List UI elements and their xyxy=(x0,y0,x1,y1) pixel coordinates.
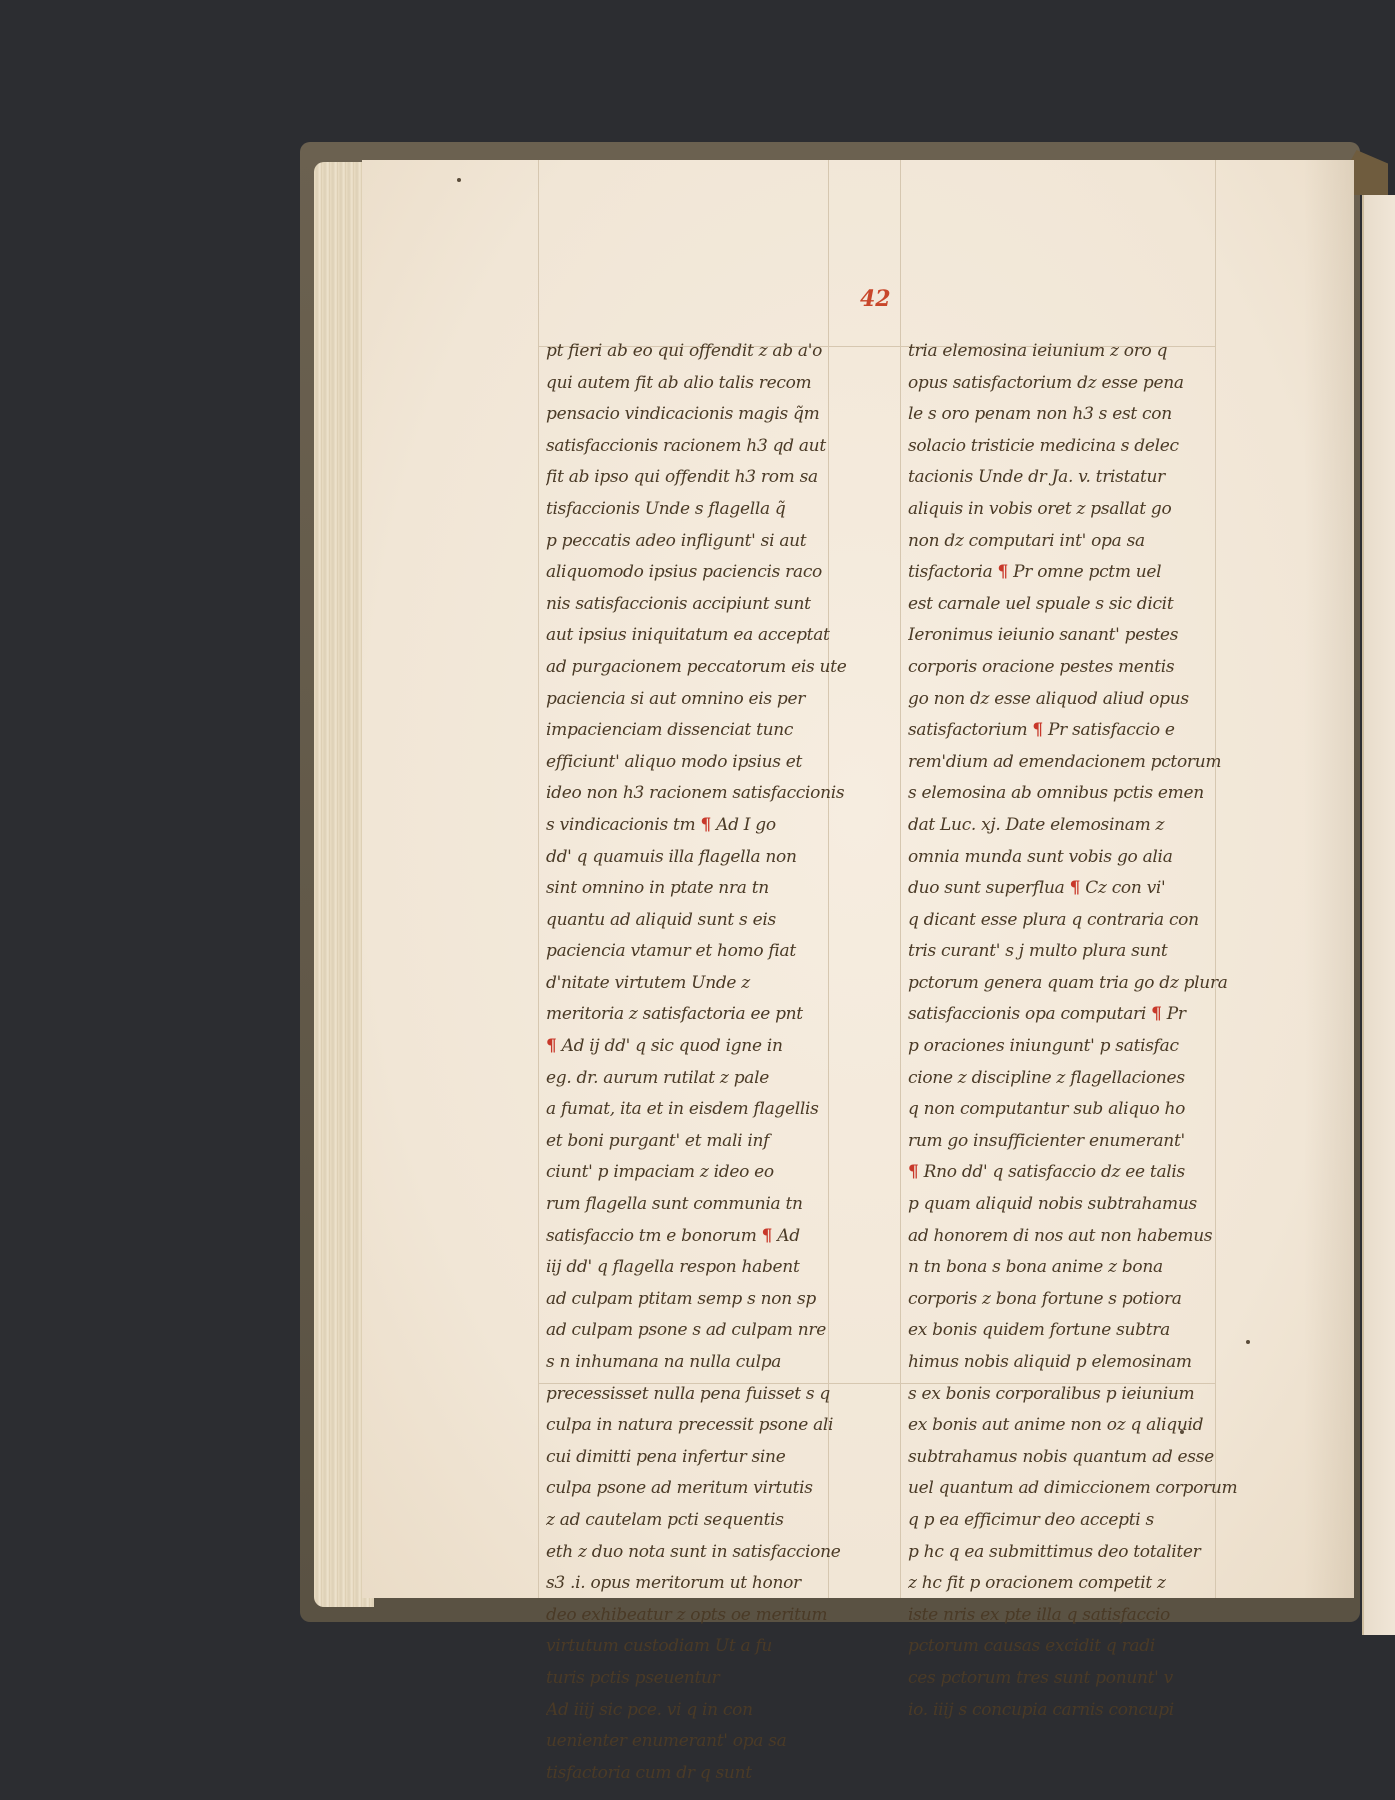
text-line: cui dimitti pena infertur sine xyxy=(546,1442,846,1474)
text-line: z ad cautelam pcti sequentis xyxy=(546,1505,846,1537)
text-line: ciunt' p impaciam z ideo eo xyxy=(546,1157,846,1189)
text-line: s vindicacionis tm ¶ Ad I go xyxy=(546,810,846,842)
text-line: meritoria z satisfactoria ee pnt xyxy=(546,999,846,1031)
text-line: Ieronimus ieiunio sanant' pestes xyxy=(908,620,1238,652)
text-line: rum flagella sunt communia tn xyxy=(546,1189,846,1221)
text-line: non dz computari int' opa sa xyxy=(908,526,1238,558)
text-line: aliquis in vobis oret z psallat go xyxy=(908,494,1238,526)
text-line: aliquomodo ipsius paciencis raco xyxy=(546,557,846,589)
text-line: precessisset nulla pena fuisset s q xyxy=(546,1379,846,1411)
text-line: ad culpam ptitam semp s non sp xyxy=(546,1284,846,1316)
gutter-shadow xyxy=(1304,160,1354,1598)
text-line: tria elemosina ieiunium z oro q xyxy=(908,336,1238,368)
text-line: eg. dr. aurum rutilat z pale xyxy=(546,1063,846,1095)
text-line: corporis oracione pestes mentis xyxy=(908,652,1238,684)
text-line: dd' q quamuis illa flagella non xyxy=(546,842,846,874)
text-column-right: tria elemosina ieiunium z oro qopus sati… xyxy=(908,336,1238,1726)
text-line: quantu ad aliquid sunt s eis xyxy=(546,905,846,937)
text-line: p hc q ea submittimus deo totaliter xyxy=(908,1537,1238,1569)
text-line: go non dz esse aliquod aliud opus xyxy=(908,684,1238,716)
text-line: rem'dium ad emendacionem pctorum xyxy=(908,747,1238,779)
pilcrow-rubric-icon: ¶ xyxy=(700,815,711,835)
text-line: iste nris ex pte illa q satisfaccio xyxy=(908,1600,1238,1632)
pilcrow-rubric-icon: ¶ xyxy=(998,562,1009,582)
text-line: pensacio vindicacionis magis q̃m xyxy=(546,399,846,431)
text-line: paciencia vtamur et homo fiat xyxy=(546,936,846,968)
text-line: sint omnino in ptate nra tn xyxy=(546,873,846,905)
text-line: rum go insufficienter enumerant' xyxy=(908,1126,1238,1158)
text-line: ad purgacionem peccatorum eis utens xyxy=(546,652,846,684)
text-line: Ad iiij sic pce. vi q in con xyxy=(546,1695,846,1727)
text-line: tisfaccionis Unde s flagella q̃ xyxy=(546,494,846,526)
text-line: p quam aliquid nobis subtrahamus xyxy=(908,1189,1238,1221)
text-line: omnia munda sunt vobis go alia xyxy=(908,842,1238,874)
text-line: solacio tristicie medicina s delec xyxy=(908,431,1238,463)
text-line: opus satisfactorium dz esse pena xyxy=(908,368,1238,400)
text-line: eth z duo nota sunt in satisfaccione xyxy=(546,1537,846,1569)
text-line: p peccatis adeo infligunt' si aut xyxy=(546,526,846,558)
text-line: duo sunt superflua ¶ Cz con vi' xyxy=(908,873,1238,905)
text-line: z hc fit p oracionem competit z xyxy=(908,1568,1238,1600)
text-line: q non computantur sub aliquo ho xyxy=(908,1094,1238,1126)
text-line: turis pctis pseuentur xyxy=(546,1663,846,1695)
pilcrow-rubric-icon: ¶ xyxy=(1032,720,1043,740)
text-line: efficiunt' aliquo modo ipsius et xyxy=(546,747,846,779)
text-line: le s oro penam non h3 s est con xyxy=(908,399,1238,431)
text-line: s ex bonis corporalibus p ieiunium xyxy=(908,1379,1238,1411)
ink-speck xyxy=(457,178,461,182)
text-line: ad honorem di nos aut non habemus xyxy=(908,1221,1238,1253)
text-line: satisfaccionis opa computari ¶ Pr xyxy=(908,999,1238,1031)
text-line: corporis z bona fortune s potiora xyxy=(908,1284,1238,1316)
text-line: pctorum genera quam tria go dz plura xyxy=(908,968,1238,1000)
text-line: virtutum custodiam Ut a fu xyxy=(546,1631,846,1663)
pilcrow-rubric-icon: ¶ xyxy=(908,1162,919,1182)
text-line: tris curant' s j multo plura sunt xyxy=(908,936,1238,968)
text-line: culpa in natura precessit psone ali xyxy=(546,1410,846,1442)
text-line: est carnale uel spuale s sic dicit xyxy=(908,589,1238,621)
text-line: ex bonis aut anime non oz q aliquid xyxy=(908,1410,1238,1442)
text-line: ¶ Ad ij dd' q sic quod igne in xyxy=(546,1031,846,1063)
ink-speck xyxy=(1246,1340,1250,1344)
ink-speck xyxy=(1180,1430,1184,1434)
pilcrow-rubric-icon: ¶ xyxy=(762,1226,773,1246)
text-line: tisfactoria cum dr q sunt xyxy=(546,1758,846,1790)
text-line: iij dd' q flagella respon habent xyxy=(546,1252,846,1284)
pilcrow-rubric-icon: ¶ xyxy=(1070,878,1081,898)
text-line: satisfaccionis racionem h3 qd aut xyxy=(546,431,846,463)
text-line: tisfactoria ¶ Pr omne pctm uel xyxy=(908,557,1238,589)
text-line: satisfaccio tm e bonorum ¶ Ad xyxy=(546,1221,846,1253)
text-column-left: pt fieri ab eo qui offendit z ab a'oqui … xyxy=(546,336,846,1789)
text-line: q dicant esse plura q contraria con xyxy=(908,905,1238,937)
text-line: paciencia si aut omnino eis per xyxy=(546,684,846,716)
text-line: satisfactorium ¶ Pr satisfaccio e xyxy=(908,715,1238,747)
text-line: et boni purgant' et mali inf xyxy=(546,1126,846,1158)
text-line: io. iiij s concupia carnis concupi xyxy=(908,1695,1238,1727)
text-line: dat Luc. xj. Date elemosinam z xyxy=(908,810,1238,842)
text-line: culpa psone ad meritum virtutis xyxy=(546,1473,846,1505)
text-line: ces pctorum tres sunt ponunt' v xyxy=(908,1663,1238,1695)
text-line: n tn bona s bona anime z bona xyxy=(908,1252,1238,1284)
text-line: p oraciones iniungunt' p satisfac xyxy=(908,1031,1238,1063)
text-line: himus nobis aliquid p elemosinam xyxy=(908,1347,1238,1379)
text-line: ¶ Rno dd' q satisfaccio dz ee talis xyxy=(908,1157,1238,1189)
text-line: ex bonis quidem fortune subtra xyxy=(908,1315,1238,1347)
text-line: pctorum causas excidit q radi xyxy=(908,1631,1238,1663)
text-line: a fumat, ita et in eisdem flagellis xyxy=(546,1094,846,1126)
text-line: s n inhumana na nulla culpa xyxy=(546,1347,846,1379)
text-line: ad culpam psone s ad culpam nre xyxy=(546,1315,846,1347)
text-line: uenienter enumerant' opa sa xyxy=(546,1726,846,1758)
text-line: tacionis Unde dr Ja. v. tristatur xyxy=(908,462,1238,494)
text-line: d'nitate virtutem Unde z xyxy=(546,968,846,1000)
text-line: deo exhibeatur z opts oe meritum xyxy=(546,1600,846,1632)
text-line: ideo non h3 racionem satisfaccionis xyxy=(546,778,846,810)
facing-page-edge xyxy=(1362,195,1395,1635)
text-line: fit ab ipso qui offendit h3 rom sa xyxy=(546,462,846,494)
text-line: s3 .i. opus meritorum ut honor xyxy=(546,1568,846,1600)
text-line: nis satisfaccionis accipiunt sunt xyxy=(546,589,846,621)
text-line: uel quantum ad dimiccionem corporum xyxy=(908,1473,1238,1505)
text-line: s elemosina ab omnibus pctis emen xyxy=(908,778,1238,810)
text-line: pt fieri ab eo qui offendit z ab a'o xyxy=(546,336,846,368)
text-line: qui autem fit ab alio talis recom xyxy=(546,368,846,400)
folio-number: 42 xyxy=(860,286,891,312)
text-line: cione z discipline z flagellaciones xyxy=(908,1063,1238,1095)
text-line: subtrahamus nobis quantum ad esse xyxy=(908,1442,1238,1474)
text-line: q p ea efficimur deo accepti s xyxy=(908,1505,1238,1537)
text-line: impacienciam dissenciat tunc xyxy=(546,715,846,747)
pilcrow-rubric-icon: ¶ xyxy=(1151,1004,1162,1024)
text-line: aut ipsius iniquitatum ea acceptat xyxy=(546,620,846,652)
pilcrow-rubric-icon: ¶ xyxy=(546,1036,557,1056)
